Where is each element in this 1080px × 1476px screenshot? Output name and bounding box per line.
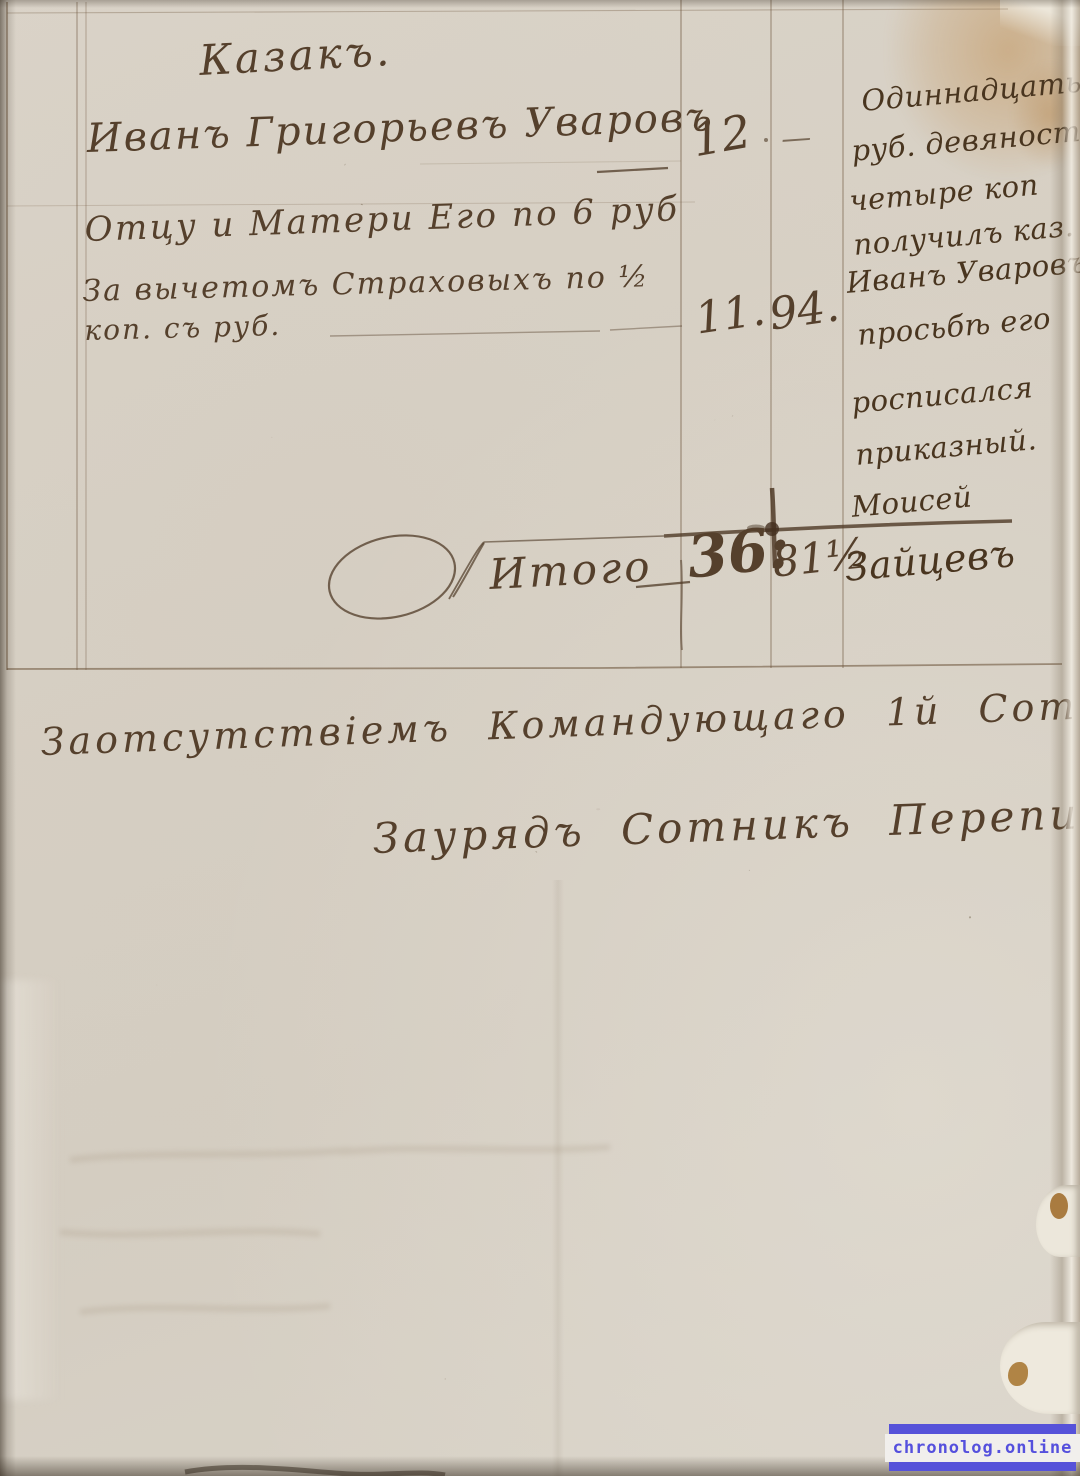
manuscript-page: Казакъ. Иванъ Григорьевъ Уваровъ 12 — От… (0, 0, 1080, 1476)
margin-note-line: руб. девяносто (850, 112, 1080, 167)
signature-line-2: Заурядъ Сотникъ Перепильевъ (372, 784, 1080, 863)
total-label: Итого (488, 541, 654, 598)
watermark-badge: chronolog.online (889, 1424, 1076, 1471)
section-heading: Казакъ. (198, 26, 393, 85)
watermark-text: chronolog.online (885, 1434, 1080, 1462)
entry-2-rubles: 11. (692, 284, 768, 344)
margin-note-line: приказный. (854, 422, 1038, 472)
margin-note-signature: Зайцевъ (843, 531, 1017, 590)
entry-2-line-3: коп. съ руб. (84, 309, 282, 347)
entry-2-line-2: За вычетомъ Страховыхъ по ½ (82, 259, 650, 309)
torn-notch-spot (1050, 1193, 1068, 1219)
entry-1-kopecks: — (780, 120, 812, 157)
entry-2-kopecks: 94. (766, 280, 842, 340)
margin-note-line: Одиннадцать (860, 65, 1080, 118)
margin-note-line: росписался (850, 370, 1034, 420)
margin-note-line: просьбѣ его (856, 301, 1052, 352)
top-page-edge (0, 0, 1080, 8)
entry-1-name: Иванъ Григорьевъ Уваровъ (86, 94, 714, 162)
entry-1-rubles: 12 (688, 104, 755, 167)
handwriting-layer: Казакъ. Иванъ Григорьевъ Уваровъ 12 — От… (0, 0, 1080, 1476)
torn-notch-spot (1008, 1362, 1028, 1386)
signature-line-1: Заотсутствіемъ Командующаго 1й Сотни (40, 682, 1080, 764)
margin-note-line: четыре коп (848, 167, 1040, 217)
entry-2-line-1: Отцу и Матери Его по 6 руб (84, 189, 680, 250)
left-page-edge (0, 0, 16, 1476)
margin-note-line: Моисей (850, 479, 973, 523)
